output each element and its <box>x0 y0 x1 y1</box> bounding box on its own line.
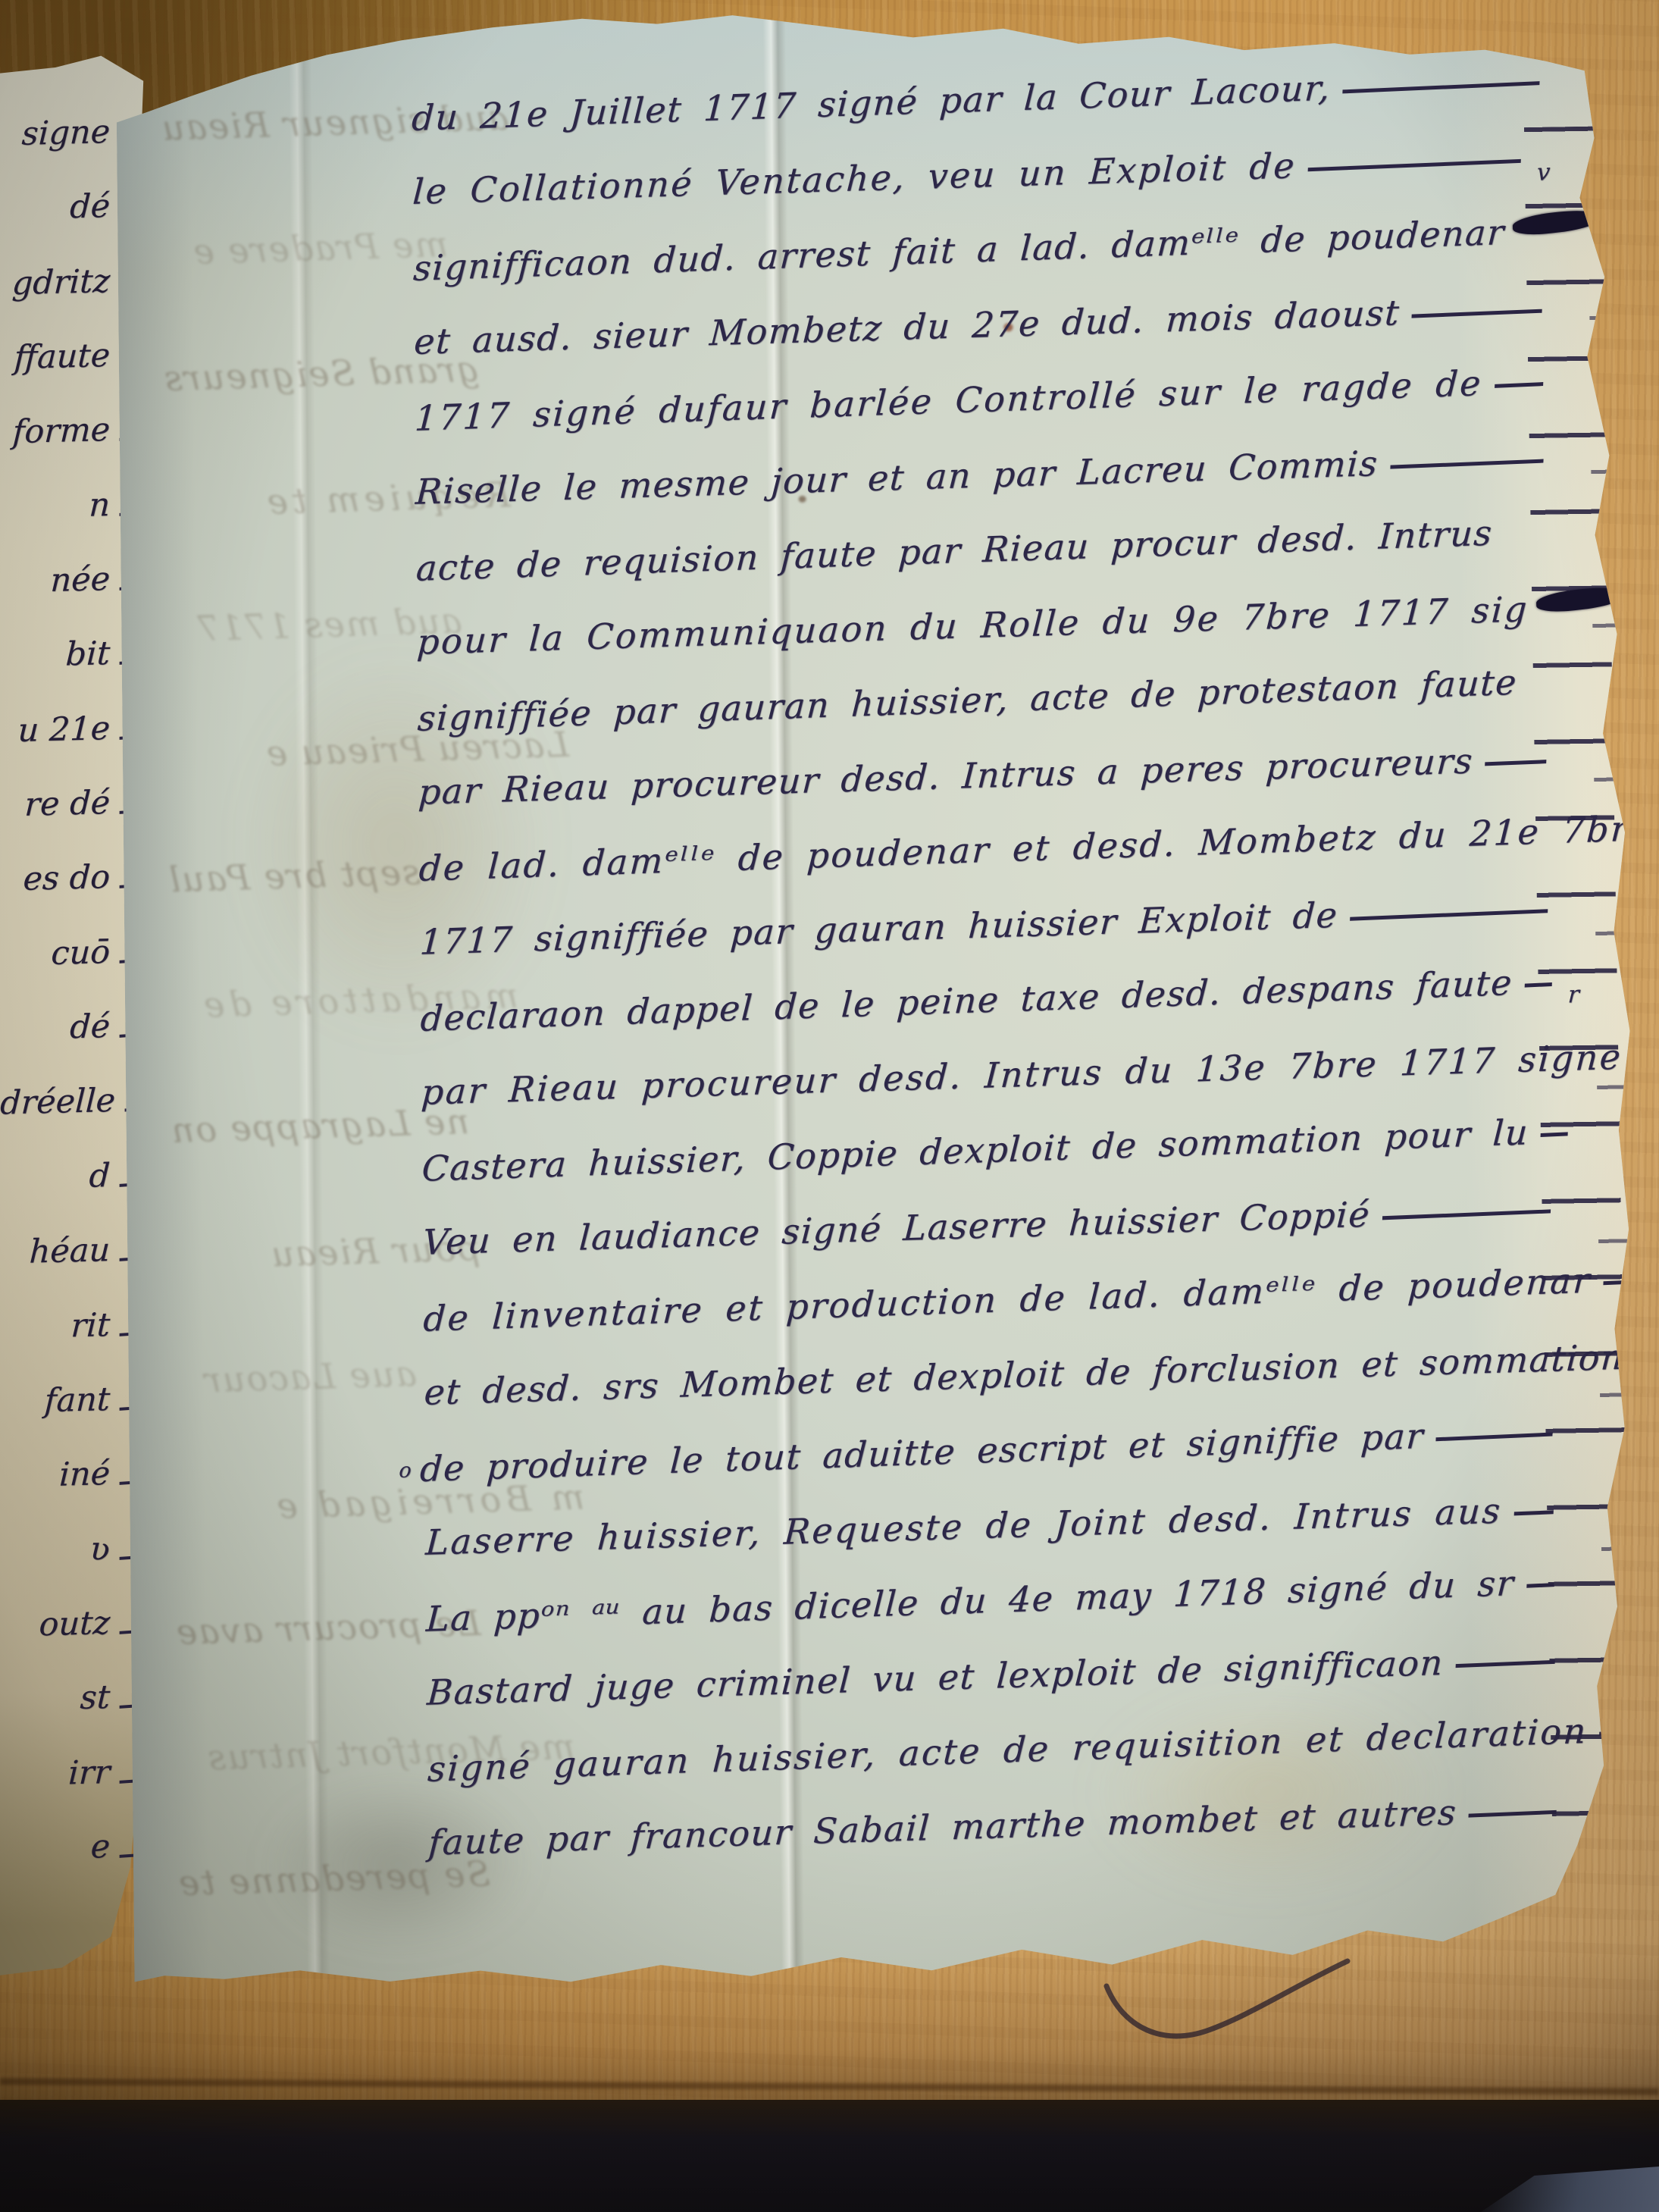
line-filler-dash <box>1495 382 1543 388</box>
line-filler-dash <box>1485 760 1547 766</box>
dark-shadow-band <box>0 2100 1659 2212</box>
line-filler-dash <box>1513 1510 1554 1515</box>
fragment-text: bit <box>64 634 111 674</box>
ghost-text: me Pradere e <box>192 224 449 272</box>
ghost-text-line: sept bre Paul <box>167 851 421 900</box>
line-text: faute par francour Sabail marthe mombet … <box>427 1791 1458 1863</box>
fragment-text: ffaute <box>14 337 111 377</box>
fragment-text: rit <box>70 1306 111 1345</box>
fragment-text: re dé <box>23 784 111 824</box>
manuscript-photo-scene: signe dé gdritz ffaute forme <box>0 0 1659 2212</box>
fragment-text: forme <box>11 411 111 451</box>
fragment-text: n <box>88 486 111 525</box>
line-filler-dash <box>1390 459 1544 469</box>
right-margin-note: r <box>1567 981 1581 1009</box>
line-filler-dash <box>1526 1583 1554 1588</box>
fragment-text: iné <box>58 1455 111 1494</box>
fold-crease <box>289 11 330 1996</box>
ghost-text-line: aue Lacour <box>202 1353 417 1401</box>
fragment-text: outz <box>39 1604 111 1643</box>
line-filler-dash <box>1412 309 1542 318</box>
fragment-text: ʋ <box>89 1530 111 1568</box>
fragment-text: d <box>89 1157 111 1195</box>
line-filler-dash <box>1350 909 1548 920</box>
fragment-text: e <box>90 1828 111 1866</box>
ghost-text: sept bre Paul <box>167 851 421 900</box>
fragment-text: fant <box>44 1380 111 1420</box>
line-filler-dash <box>1469 1810 1557 1818</box>
fragment-text: irr <box>67 1753 111 1792</box>
line-filler-dash <box>1525 982 1552 988</box>
line-filler-dash <box>1435 1433 1552 1442</box>
fragment-text: cuō <box>50 933 111 973</box>
line-filler-dash <box>1342 81 1539 93</box>
fragment-text: dréelle <box>0 1082 116 1123</box>
line-filler-dash <box>1382 1209 1551 1220</box>
manuscript-text-block: du 21e Juillet 1717 signé par la Cour La… <box>410 51 1568 1863</box>
fragment-text: u 21e <box>17 710 111 750</box>
fragment-text: gdritz <box>11 262 111 302</box>
fragment-text: dé <box>69 1007 111 1046</box>
fragment-text: dé <box>69 187 111 226</box>
fragment-text: es do <box>22 858 111 898</box>
manuscript-page: aud signeur Rieau me Pradere e grand Sei… <box>115 0 1639 1997</box>
ghost-text-line: me Pradere e <box>192 224 449 272</box>
line-filler-dash <box>1455 1660 1555 1668</box>
left-margin-note: o <box>399 1458 413 1483</box>
ghost-text: aue Lacour <box>202 1353 417 1401</box>
fragment-text: signe <box>21 113 111 153</box>
pen-mark-on-table <box>1091 1952 1372 2058</box>
fragment-text: née <box>49 560 111 600</box>
line-filler-dash <box>1308 159 1521 171</box>
fragment-text: st <box>80 1678 111 1717</box>
fragment-text: héau <box>29 1231 111 1271</box>
